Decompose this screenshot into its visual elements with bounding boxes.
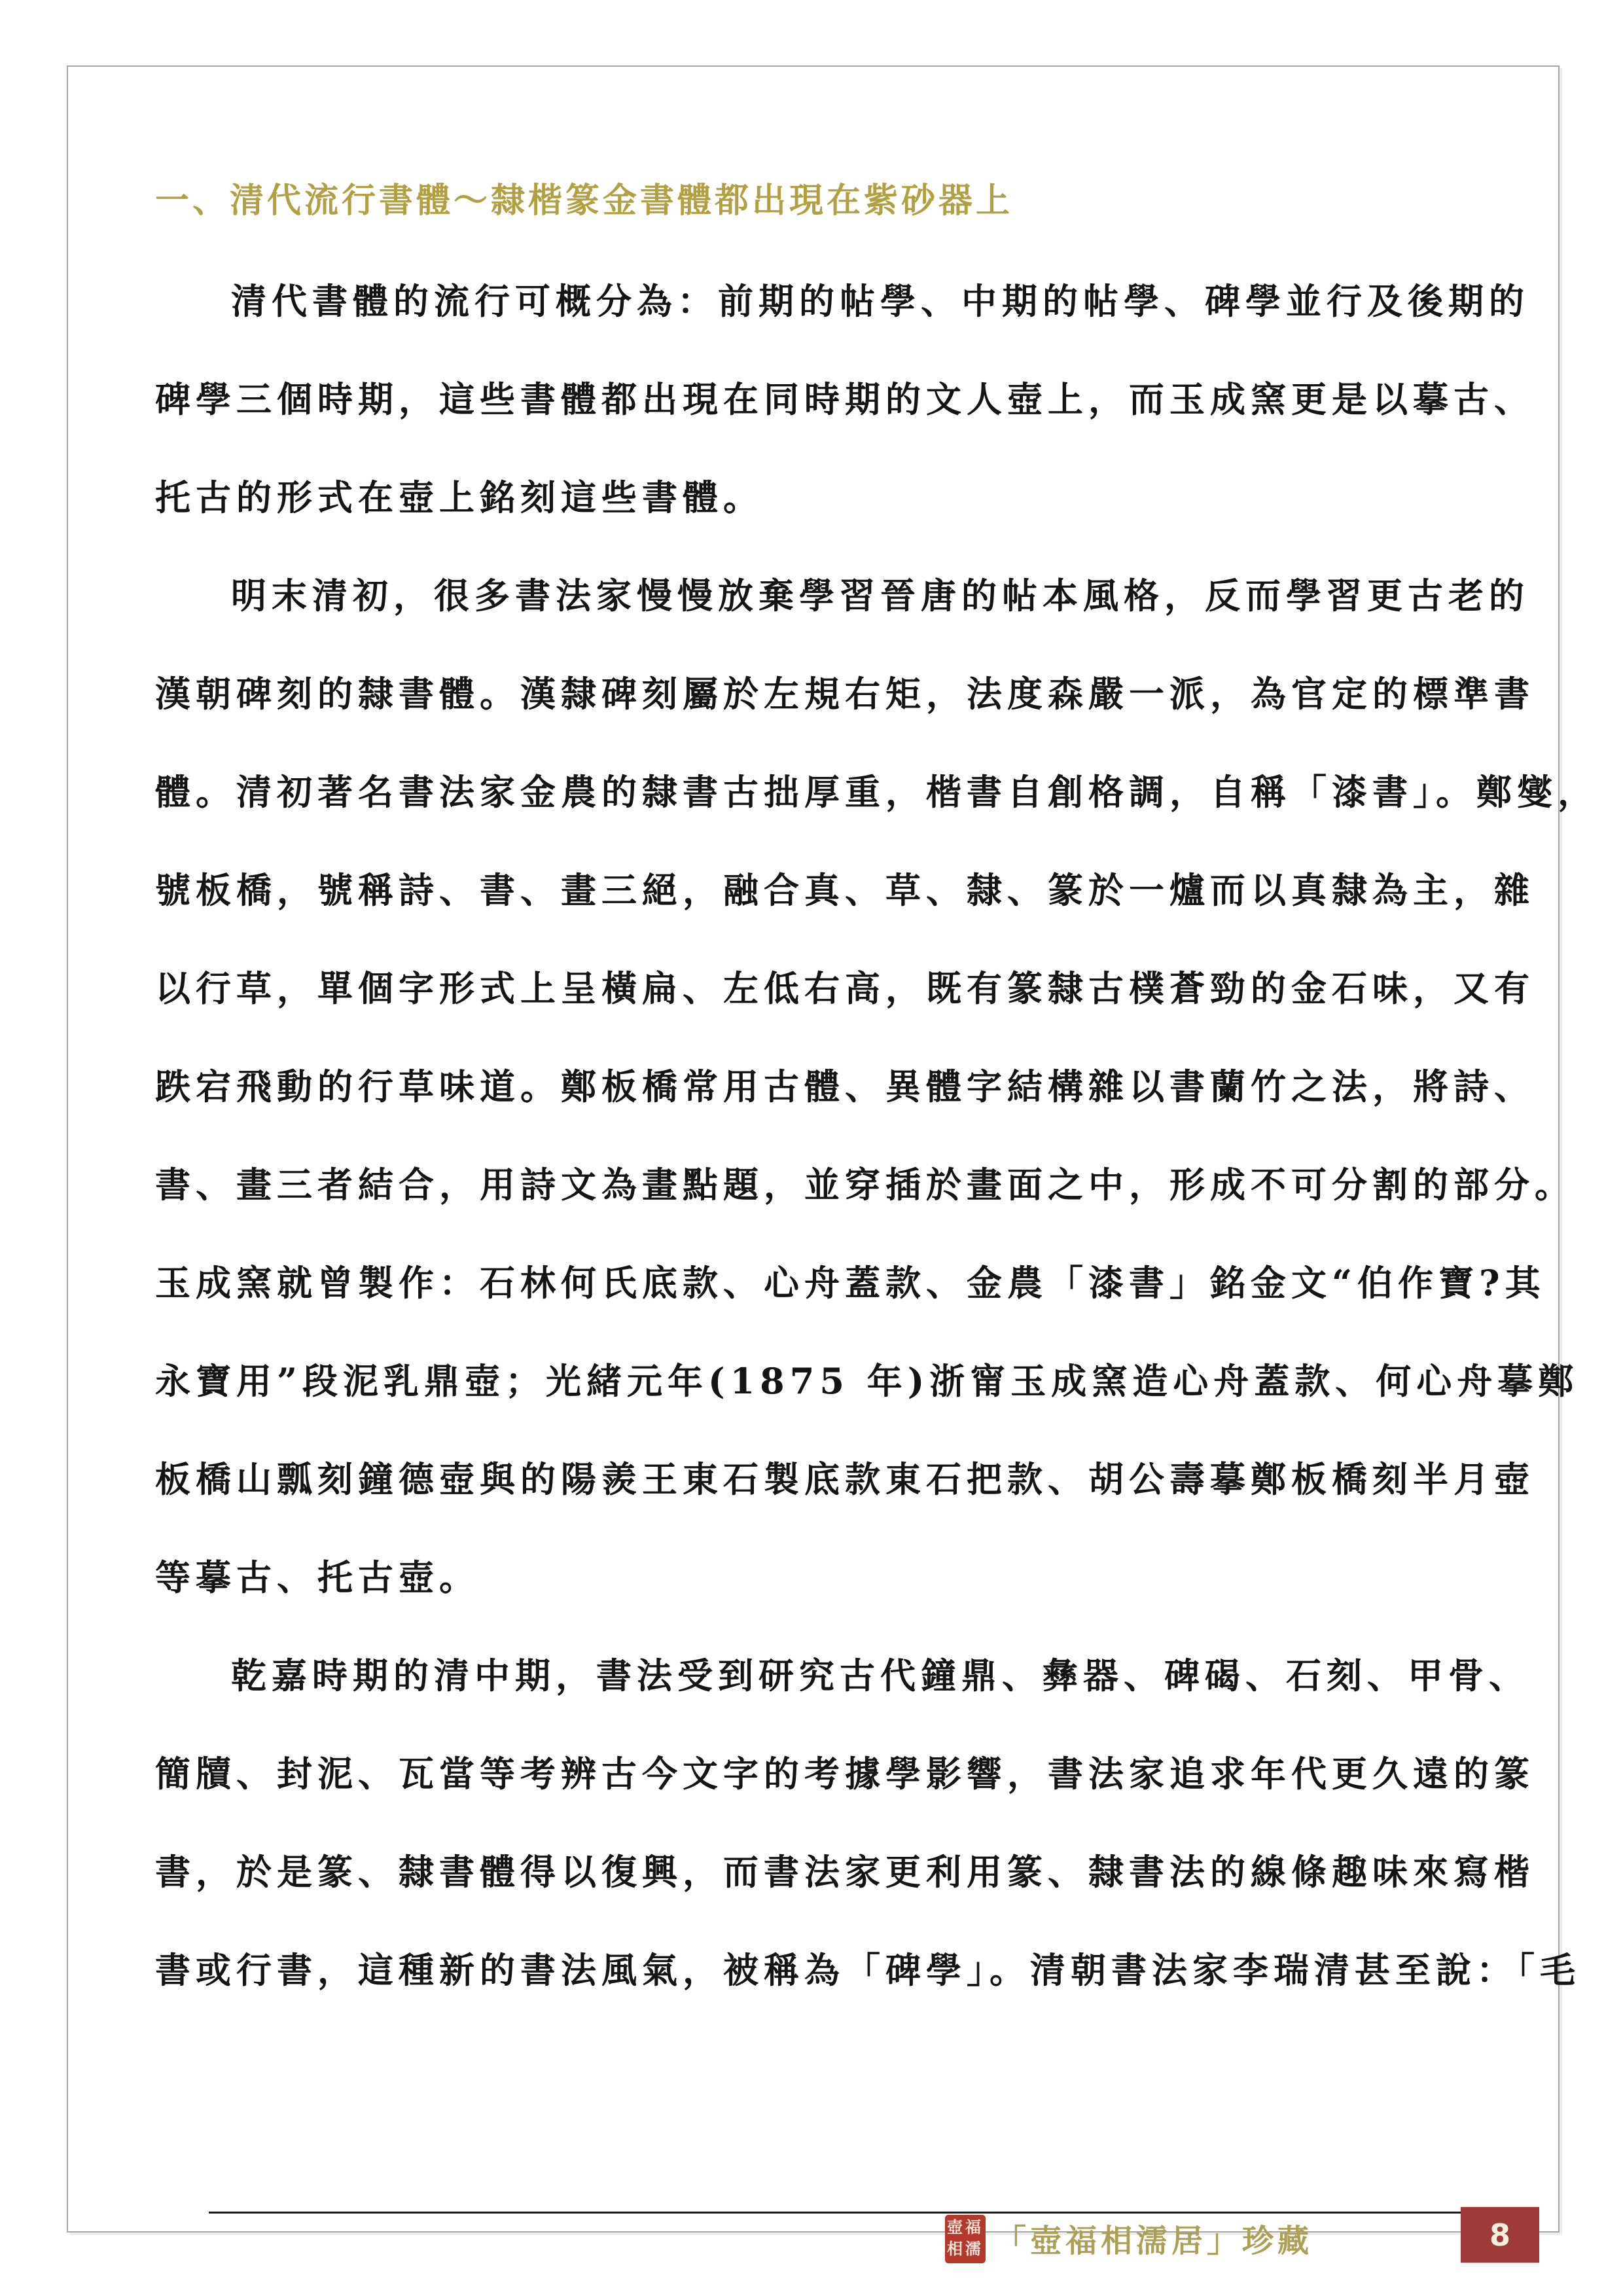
text-line: 永寶用”段泥乳鼎壺；光緒元年(1875 年)浙甯玉成窯造心舟蓋款、何心舟摹鄭 (155, 1332, 1468, 1430)
text-line: 書或行書，這種新的書法風氣，被稱為「碑學」。清朝書法家李瑞清甚至說：「毛 (155, 1921, 1468, 2019)
text-line: 體。清初著名書法家金農的隸書古拙厚重，楷書自創格調，自稱「漆書」。鄭燮， (155, 743, 1468, 841)
text-line: 號板橋，號稱詩、書、畫三絕，融合真、草、隸、篆於一爐而以真隸為主，雜 (155, 841, 1468, 939)
page-number-box: 8 (1461, 2207, 1539, 2263)
footer-caption: 「壺福相濡居」珍藏 (995, 2216, 1313, 2266)
document-page: { "document": { "heading": "一、清代流行書體～隸楷篆… (0, 0, 1623, 2296)
text-line: 跌宕飛動的行草味道。鄭板橋常用古體、異體字結構雜以書蘭竹之法，將詩、 (155, 1037, 1468, 1136)
text-line: 玉成窯就曾製作：石林何氏底款、心舟蓋款、金農「漆書」銘金文“伯作寶?其 (155, 1234, 1468, 1332)
text-line: 碑學三個時期，這些書體都出現在同時期的文人壺上，而玉成窯更是以摹古、 (155, 350, 1468, 448)
text-line: 簡牘、封泥、瓦當等考辨古今文字的考據學影響，書法家追求年代更久遠的篆 (155, 1725, 1468, 1823)
text-line: 書，於是篆、隸書體得以復興，而書法家更利用篆、隸書法的線條趣味來寫楷 (155, 1823, 1468, 1921)
text-line: 板橋山瓢刻鐘德壺與的陽羨王東石製底款東石把款、胡公壽摹鄭板橋刻半月壺 (155, 1430, 1468, 1528)
body-text: 清代書體的流行可概分為：前期的帖學、中期的帖學、碑學並行及後期的碑學三個時期，這… (155, 252, 1468, 2019)
text-line: 托古的形式在壺上銘刻這些書體。 (155, 448, 1468, 547)
text-line: 等摹古、托古壺。 (155, 1528, 1468, 1626)
section-heading: 一、清代流行書體～隸楷篆金書體都出現在紫砂器上 (155, 178, 1471, 224)
collection-seal-icon: 壺福相濡 (945, 2215, 986, 2263)
text-line: 清代書體的流行可概分為：前期的帖學、中期的帖學、碑學並行及後期的 (155, 252, 1468, 350)
text-line: 漢朝碑刻的隸書體。漢隸碑刻屬於左規右矩，法度森嚴一派，為官定的標準書 (155, 645, 1468, 743)
text-line: 以行草，單個字形式上呈橫扁、左低右高，既有篆隸古樸蒼勁的金石味，又有 (155, 939, 1468, 1037)
text-line: 明末清初，很多書法家慢慢放棄學習晉唐的帖本風格，反而學習更古老的 (155, 547, 1468, 645)
text-line: 書、畫三者結合，用詩文為畫點題，並穿插於畫面之中，形成不可分割的部分。 (155, 1136, 1468, 1234)
page-number: 8 (1489, 2217, 1510, 2253)
text-line: 乾嘉時期的清中期，書法受到研究古代鐘鼎、彝器、碑碣、石刻、甲骨、 (155, 1626, 1468, 1725)
footer-divider-line (209, 2212, 1461, 2214)
seal-characters: 壺福相濡 (947, 2216, 984, 2259)
